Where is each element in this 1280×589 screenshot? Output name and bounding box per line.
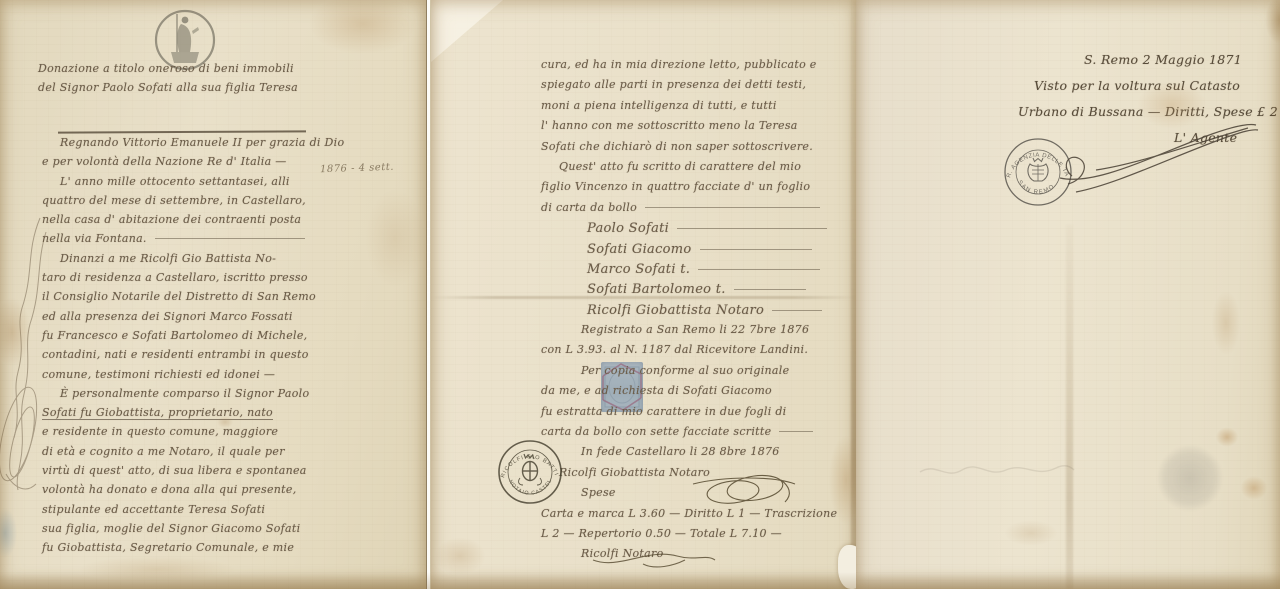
manuscript-line: taro di residenza a Castellaro, iscritto… [42, 271, 402, 290]
manuscript-line: Per copia conforme al suo originale [541, 364, 853, 384]
manuscript-line: fu estratta di mio carattere in due fogl… [541, 405, 853, 425]
manuscript-line: Sofati che dichiarò di non saper sottosc… [541, 140, 853, 160]
page-corner [431, 0, 503, 62]
manuscript-line: Regnando Vittorio Emanuele II per grazia… [42, 136, 402, 155]
manuscript-line: contadini, nati e residenti entrambi in … [42, 348, 402, 367]
manuscript-line: moni a piena intelligenza di tutti, e tu… [541, 99, 853, 119]
manuscript-line: L 2 — Repertorio 0.50 — Totale L 7.10 — [541, 527, 853, 547]
manuscript-line: e residente in questo comune, maggiore [42, 425, 402, 444]
manuscript-line: volontà ha donato e dona alla qui presen… [42, 483, 402, 502]
manuscript-line: È personalmente comparso il Signor Paolo [42, 387, 402, 406]
manuscript-line: Sofati fu Giobattista, proprietario, nat… [42, 406, 402, 425]
manuscript-line: virtù di quest' atto, di sua libera e sp… [42, 464, 402, 483]
manuscript-line: quattro del mese di settembre, in Castel… [42, 194, 402, 213]
manuscript-line: nella via Fontana. [42, 232, 402, 251]
manuscript-line: il Consiglio Notarile del Distretto di S… [42, 290, 402, 309]
signature-rule [779, 431, 813, 432]
manuscript-line: con L 3.93. al N. 1187 dal Ricevitore La… [541, 343, 853, 363]
signature-flourish-icon [689, 472, 799, 508]
seal-ring-text-top: RICOLFI GIO BATTISTA [496, 438, 559, 479]
signature-rule [734, 289, 806, 290]
manuscript-line: fu Giobattista, Segretario Comunale, e m… [42, 541, 402, 560]
manuscript-line: S. Remo 2 Maggio 1871 [1084, 52, 1276, 78]
stain [430, 530, 495, 582]
signature-rule [700, 249, 812, 250]
manuscript-line: Ricolfi Giobattista Notaro [541, 303, 853, 323]
manuscript-line: Carta e marca L 3.60 — Diritto L 1 — Tra… [541, 507, 853, 527]
manuscript-page-middle: cura, ed ha in mia direzione letto, pubb… [430, 0, 857, 589]
left-page-body: Regnando Vittorio Emanuele II per grazia… [42, 136, 402, 561]
stamp-ring-text-bottom: SAN REMO [1016, 180, 1056, 196]
title-divider [58, 130, 306, 133]
document-title: Donazione a titolo oneroso di beni immob… [38, 62, 388, 101]
manuscript-line: L' anno mille ottocento settantasei, all… [42, 175, 402, 194]
manuscript-line: di età e cognito a me Notaro, il quale p… [42, 445, 402, 464]
manuscript-line: da me, e ad richiesta di Sofati Giacomo [541, 384, 853, 404]
manuscript-line: comune, testimoni richiesti ed idonei — [42, 368, 402, 387]
manuscript-line: Paolo Sofati [541, 221, 853, 241]
manuscript-line: ed alla presenza dei Signori Marco Fossa… [42, 310, 402, 329]
manuscript-line: cura, ed ha in mia direzione letto, pubb… [541, 58, 853, 78]
manuscript-line: nella casa d' abitazione dei contraenti … [42, 213, 402, 232]
manuscript-line: carta da bollo con sette facciate scritt… [541, 425, 853, 445]
manuscript-line: fu Francesco e Sofati Bartolomeo di Mich… [42, 329, 402, 348]
stain [996, 516, 1066, 550]
manuscript-line: Visto per la voltura sul Catasto [1034, 78, 1276, 104]
signature-flourish-icon [589, 546, 719, 572]
manuscript-line: Registrato a San Remo li 22 7bre 1876 [541, 323, 853, 343]
fold-crease [1066, 225, 1073, 589]
manuscript-line: l' hanno con me sottoscritto meno la Ter… [541, 119, 853, 139]
manuscript-line: In fede Castellaro li 28 8bre 1876 [541, 445, 853, 465]
svg-text:SAN REMO: SAN REMO [1016, 180, 1056, 196]
signature-rule [645, 207, 820, 208]
stain [1236, 472, 1272, 504]
svg-text:RICOLFI GIO BATTISTA: RICOLFI GIO BATTISTA [496, 438, 559, 479]
manuscript-line: Marco Sofati t. [541, 262, 853, 282]
bleed-through-writing [916, 450, 1076, 490]
stain [288, 0, 427, 66]
signature-rule [698, 269, 820, 270]
svg-text:NOTAIO CASTELLARO: NOTAIO CASTELLARO [496, 438, 553, 497]
agent-signature-icon [1052, 112, 1262, 208]
stain [1212, 424, 1242, 450]
signature-rule [677, 228, 827, 229]
ghost-stamp [1144, 432, 1236, 524]
title-line-1: Donazione a titolo oneroso di beni immob… [38, 62, 294, 75]
manuscript-page-left: Donazione a titolo oneroso di beni immob… [0, 0, 427, 589]
stain [1206, 278, 1246, 368]
manuscript-line: Sofati Bartolomeo t. [541, 282, 853, 302]
title-line-2: del Signor Paolo Sofati alla sua figlia … [38, 81, 298, 94]
manuscript-line: figlio Vincenzo in quattro facciate d' u… [541, 180, 853, 200]
manuscript-line: Quest' atto fu scritto di carattere del … [541, 160, 853, 180]
signature-rule [155, 238, 305, 239]
manuscript-line: Sofati Giacomo [541, 242, 853, 262]
seal-ring-text-bottom: NOTAIO CASTELLARO [496, 438, 553, 497]
manuscript-page-right: S. Remo 2 Maggio 1871Visto per la voltur… [856, 0, 1280, 589]
manuscript-line: stipulante ed accettante Teresa Sofati [42, 503, 402, 522]
stain [1260, 0, 1280, 52]
manuscript-line: sua figlia, moglie del Signor Giacomo So… [42, 522, 402, 541]
manuscript-line: di carta da bollo [541, 201, 853, 221]
manuscript-line: spiegato alle parti in presenza dei dett… [541, 78, 853, 98]
margin-scribble-icon [0, 212, 48, 512]
manuscript-line: Dinanzi a me Ricolfi Gio Battista No- [42, 252, 402, 271]
signature-rule [772, 310, 822, 311]
notary-seal-icon: RICOLFI GIO BATTISTA NOTAIO CASTELLARO [496, 438, 564, 506]
